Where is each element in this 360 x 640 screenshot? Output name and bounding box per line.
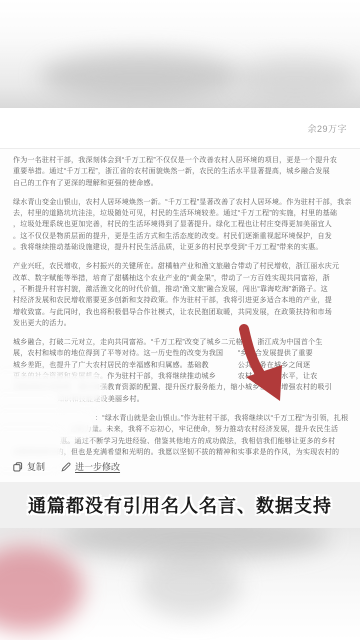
text-line: 。这不仅仅是物质层面的提升，更是生活方式和生活态度的改变。村民们逐渐重视起环境保… bbox=[13, 231, 360, 242]
text-line: 增收致富。与此同时，我也将积极倡导合作社模式，让农民抱团取暖，共同发展，在政策扶… bbox=[13, 307, 360, 318]
text-line: ，不断提升村容村貌，激活渔文化的时代价值，推动“渔文旅”融合发展，闯出“靠海吃海… bbox=[13, 284, 360, 295]
text-line: 作为一名驻村干部，我深刻体会到“千万工程”不仅仅是一个改善农村人居环境的项目，更… bbox=[13, 155, 360, 166]
text-line: 展，农村和城市的地位得到了平等对待。这一历史性的改变为我国 “乡融合发展提供了重… bbox=[13, 348, 360, 359]
text-line: 自己的工作有了更深的理解和更强的使命感。 bbox=[13, 178, 360, 189]
blurred-red-arrow-reflection bbox=[0, 546, 83, 631]
text-line: 改革、数字赋能等举措，培育了甜橘柚这个农业产业的“黄金果”，带动了一方百姓实现共… bbox=[13, 273, 360, 284]
text-line: 绿水青山变金山银山，农村人居环境焕然一新。“千万工程”显著改善了农村人居环境。作… bbox=[13, 197, 360, 208]
text-line: 。我将继续推动基础设施建设，提升村民生活品质，让更多的村民享受到“千万工程”带来… bbox=[13, 242, 360, 253]
censor-blur-patch bbox=[0, 415, 90, 434]
blur-blob bbox=[40, 52, 240, 100]
paragraph: 绿水青山变金山银山，农村人居环境焕然一新。“千万工程”显著改善了农村人居环境。作… bbox=[13, 197, 360, 253]
censor-blur-patch bbox=[0, 399, 56, 416]
bottom-blur-band bbox=[0, 528, 360, 640]
paragraph: 作为一名驻村干部，我深刻体会到“千万工程”不仅仅是一个改善农村人居环境的项目，更… bbox=[13, 155, 360, 189]
edit-further-label: 进一步修改 bbox=[75, 460, 120, 473]
copy-button[interactable]: 复制 bbox=[13, 460, 45, 473]
blur-blob bbox=[140, 554, 240, 618]
red-arrow-annotation bbox=[222, 321, 302, 405]
video-caption: 通篇都没有引用名人名言、数据支持 bbox=[28, 492, 332, 518]
document-header: 余29万字 bbox=[0, 108, 360, 149]
copy-label: 复制 bbox=[27, 460, 45, 473]
text-line: 去，村里的道路坑坑洼洼，垃圾随处可见，村民的生活环境较差。通过“千万工程”的实施… bbox=[13, 208, 360, 219]
document-actions: 复制 进一步修改 bbox=[13, 460, 120, 473]
document-area[interactable]: 作为一名驻村干部，我深刻体会到“千万工程”不仅仅是一个改善农村人居环境的项目，更… bbox=[0, 149, 360, 482]
text-line: 过程将是艰辛的，但也是充满希望和光明的。我愿以坚韧不拔的精神和实事求是的作风，为… bbox=[13, 447, 360, 458]
text-line: 城乡差距，也提升了广大农村居民的幸福感和归属感。基础教 公共服务在城乡之间逐 bbox=[13, 360, 360, 371]
edit-further-button[interactable]: 进一步修改 bbox=[61, 460, 120, 473]
censor-blur-patch bbox=[0, 376, 100, 400]
pencil-icon bbox=[61, 462, 71, 472]
text-line: 村经济发展和农民增收需要更多创新和支持政策。作为驻村干部，我将引进更多适合本地的… bbox=[13, 295, 360, 306]
copy-icon bbox=[13, 462, 23, 472]
caption-strip: 通篇都没有引用名人名言、数据支持 bbox=[0, 482, 360, 528]
video-frame: 余29万字 作为一名驻村干部，我深刻体会到“千万工程”不仅仅是一个改善农村人居环… bbox=[0, 0, 360, 640]
text-line: 惠。通过不断学习先进经验、借鉴其他地方的成功做法，我相信我们能够让更多的乡村 bbox=[13, 436, 360, 447]
remaining-word-count: 余29万字 bbox=[307, 122, 360, 135]
paragraph: 产业兴旺，农民增收，乡村振兴的关键所在。甜橘柚产业和渔文旅融合带动了村民增收，浙… bbox=[13, 261, 360, 329]
text-line: ，垃圾处理系统也更加完善，村民的生活环境得到了显著提升。绿化工程也让村庄变得更加… bbox=[13, 219, 360, 230]
text-line: 发出更大的活力。 bbox=[13, 318, 360, 329]
text-line: 产业兴旺，农民增收，乡村振兴的关键所在。甜橘柚产业和渔文旅融合带动了村民增收，浙… bbox=[13, 261, 360, 272]
top-blur-band bbox=[0, 0, 360, 108]
blur-blob bbox=[235, 58, 355, 100]
text-line: 重要举措。通过“千万工程”，浙江省的农村面貌焕然一新，农民的生活水平显著提高，城… bbox=[13, 166, 360, 177]
text-line: 城乡融合，打破二元对立，走向共同富裕。“千万工程”改变了城乡二元格局，浙江成为中… bbox=[13, 337, 360, 348]
